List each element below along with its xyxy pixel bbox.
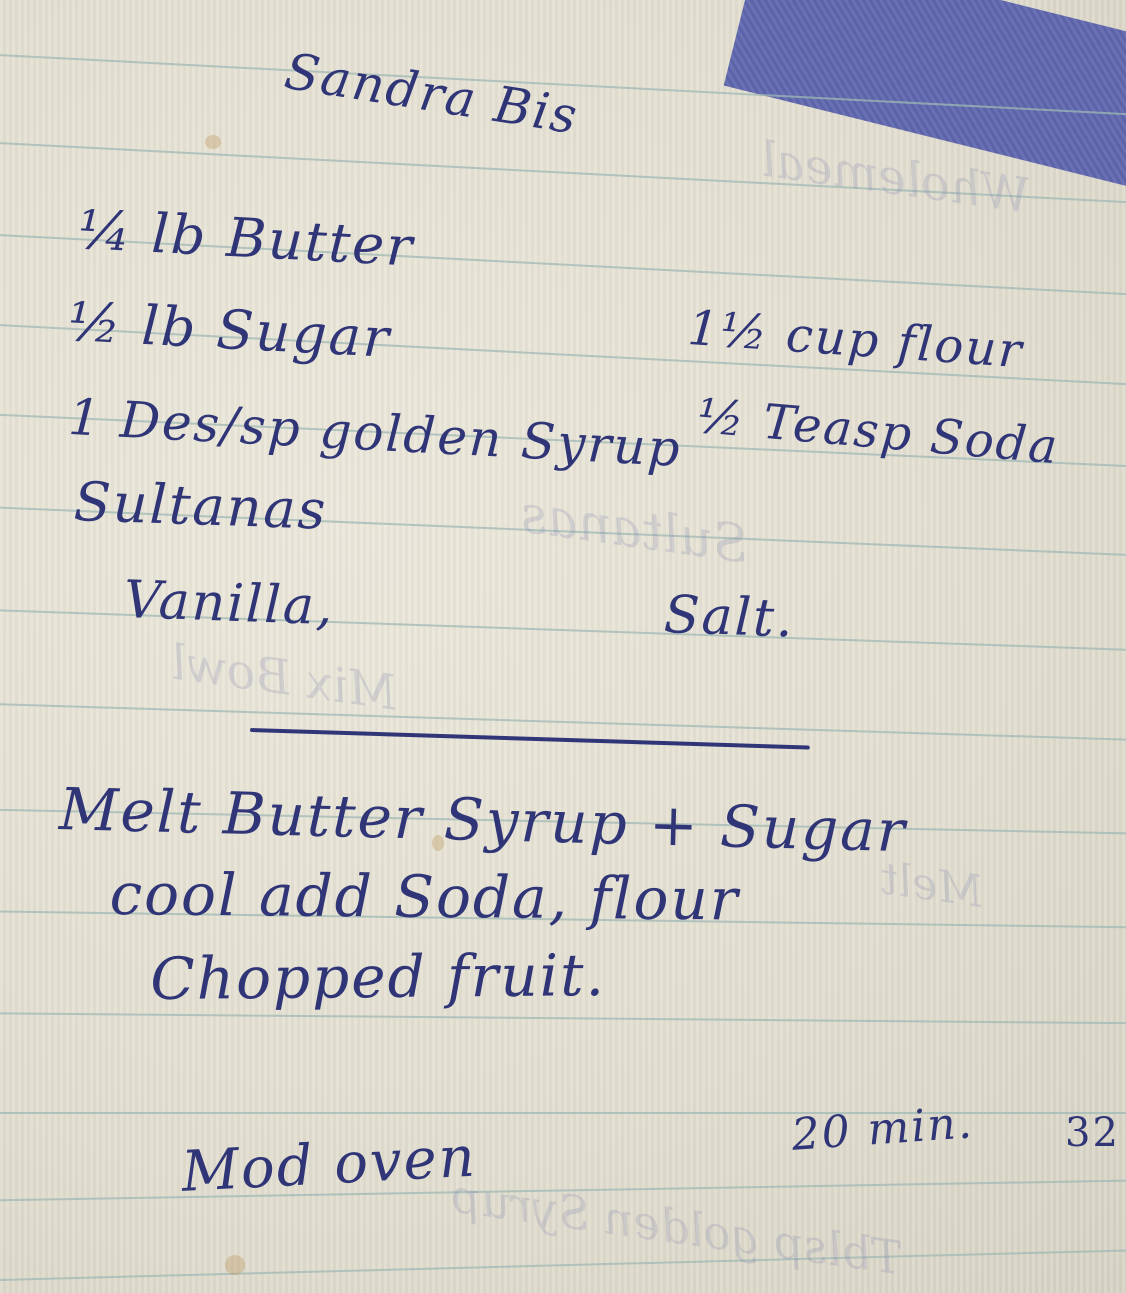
ingredient-flour: 1½ cup flour — [686, 300, 1025, 379]
method-line-1: Melt Butter Syrup + Sugar — [58, 775, 907, 865]
ingredient-soda: ½ Teasp Soda — [695, 388, 1061, 475]
ingredient-salt: Salt. — [663, 585, 796, 650]
bleed-through-text: Sultanas — [517, 484, 752, 575]
page-number: 32 — [1065, 1110, 1120, 1156]
paper-stain — [225, 1255, 245, 1275]
ruled-line — [0, 1012, 1126, 1025]
notebook-photo: Wholemeal Sultanas Mix Bowl Melt Tblsp g… — [0, 0, 1126, 1293]
baking-time: 20 min. — [790, 1097, 975, 1161]
ingredient-golden-syrup: 1 Des/sp golden Syrup — [67, 388, 683, 478]
recipe-title: Sandra Bis — [281, 42, 583, 146]
underline-divider — [250, 728, 810, 750]
method-line-2: cool add Soda, flour — [109, 860, 739, 933]
ruled-line — [0, 702, 1126, 742]
ingredient-sugar: ½ lb Sugar — [67, 290, 393, 370]
bleed-through-text: Mix Bowl — [167, 634, 400, 721]
paper-stain — [205, 135, 221, 149]
ruled-line — [0, 1248, 1126, 1282]
ingredient-vanilla: Vanilla, — [123, 570, 336, 637]
ingredient-butter: ¼ lb Butter — [77, 198, 416, 279]
method-line-3: Chopped fruit. — [150, 941, 606, 1013]
ingredient-sultanas: Sultanas — [73, 470, 329, 542]
